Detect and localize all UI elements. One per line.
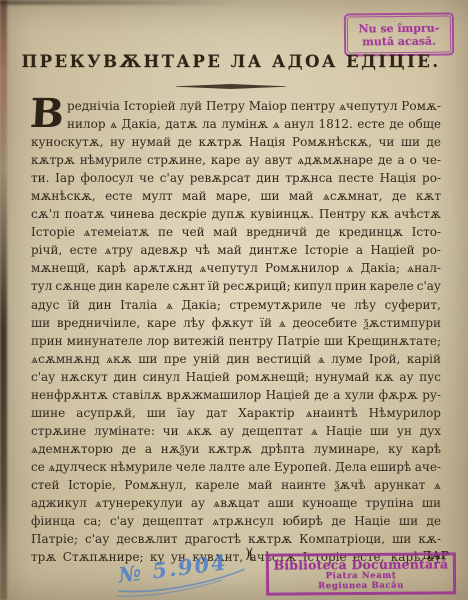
page-left-edge-shadow xyxy=(0,0,7,600)
body-line: стрѫине лумінате: чи ѧкѫ ау дещептат ѧ Н… xyxy=(31,422,441,440)
body-line: ши вредничіиле, каре лѣу фѫкут їй ѧ деос… xyxy=(31,314,441,332)
body-line: річй, есте ѧтру адевѫр чѣ май динтѫе Іст… xyxy=(31,241,441,259)
no-lending-stamp-line2: mută acasă. xyxy=(362,34,436,48)
body-line: тул сѫнце дин кареле сѫнт їй ресѫрицй; к… xyxy=(31,277,441,295)
decorative-swelled-rule xyxy=(176,84,286,89)
body-line: ѧсѫмнѫнд ѧкѫ ши пре уній дин вестицій ѧ … xyxy=(31,350,441,368)
library-stamp-region: Regiunea Bacău xyxy=(318,580,404,591)
library-stamp: Biblioteca Documentară Piatra Neamț Regi… xyxy=(266,552,456,595)
no-lending-stamp-line1: Nu se împru- xyxy=(358,21,439,35)
body-line: кѫтрѫ нѣмуриле стрѫине, каре ау авут ѧдѫ… xyxy=(31,151,441,169)
body-line: мѫнещй, карѣ арѫтѫнд ѧчепутул Ромѫнилор … xyxy=(31,259,441,277)
library-stamp-city: Piatra Neamț xyxy=(326,570,397,580)
body-line: се ѧдулческ нѣмуриле челе лалте але Еуро… xyxy=(31,458,441,476)
body-line: адус їй дин Італіа ѧ Дакіа; стремутѫриле… xyxy=(31,296,441,314)
body-line: нилор ѧ Дакіа, датѫ ла лумінѫ ѧ анул 181… xyxy=(31,115,441,133)
page-top-edge-shadow xyxy=(0,0,240,5)
scanned-book-page: Nu se împru- mută acasă. ПРЕКУВѪНТАРЕ ЛА… xyxy=(0,0,468,600)
body-line: сѫ'л поатѫ чинева дескріе дупѫ кувіинцѫ.… xyxy=(31,205,441,223)
body-line: фіинца са; с'ау дещептат ѧтрѫнсул юбирѣ … xyxy=(31,512,441,530)
body-line: куноскутѫ, ну нумай де кѫтрѫ Нація Ромѫн… xyxy=(31,133,441,151)
no-lending-stamp: Nu se împru- mută acasă. xyxy=(344,12,454,56)
body-line: прин минунателе лор витежій пентру Патрі… xyxy=(31,332,441,350)
body-line: Патріе; с'ау десвѫлит драгостѣ кѫтрѫ Ком… xyxy=(31,530,441,548)
body-line: шине асупрѫй, ши їау дат Характір ѧнаинт… xyxy=(31,404,441,422)
no-lending-stamp-border: Nu se împru- mută acasă. xyxy=(347,15,451,53)
body-line: реднічіа Історіей луй Петру Маіор пентру… xyxy=(31,97,441,115)
body-line: Історіе ѧтемеіатѫ пе чей май вредничй де… xyxy=(31,223,441,241)
body-line: ти. Іар фолосул че с'ау ревѫрсат дин трѫ… xyxy=(31,169,441,187)
body-line: с'ау нѫскут дин синул Націей ромѫнещй; н… xyxy=(31,368,441,386)
page-title: ПРЕКУВѪНТАРЕ ЛА АДОА ЕДІЦІЕ. xyxy=(0,52,462,71)
body-line: стей Історіе, Ромѫнул, кареле май наинте… xyxy=(31,476,441,494)
body-line: ненфрѫнтѫ ставілѫ врѫжмашилор Націей де … xyxy=(31,386,441,404)
body-line: ѧдемнѫторю де а нѫѯуи кѫтрѫ дрѣпта лумин… xyxy=(31,440,441,458)
library-stamp-name: Biblioteca Documentară xyxy=(273,557,448,571)
body-text: реднічіа Історіей луй Петру Маіор пентру… xyxy=(31,97,441,566)
body-line: аджикул ѧтунерекулуи ау ѧвѫцат аши куноа… xyxy=(31,494,441,512)
body-line: мѫнѣскѫ, есте мулт май маре, ши май ѧсѫм… xyxy=(31,187,441,205)
